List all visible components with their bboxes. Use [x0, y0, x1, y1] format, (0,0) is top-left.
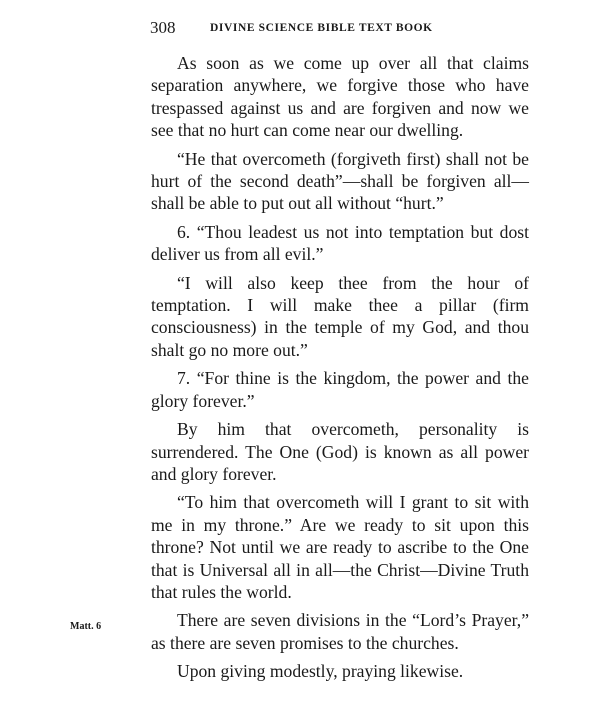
- paragraph-throne: “To him that overcometh will I grant to …: [151, 491, 529, 603]
- margin-note-scripture-reference: Matt. 6: [70, 621, 101, 632]
- paragraph-hour-of-temptation: “I will also keep thee from the hour of …: [151, 272, 529, 362]
- paragraph-personality-surrendered: By him that overcometh, personality is s…: [151, 418, 529, 485]
- paragraph-seven-divisions: There are seven divisions in the “Lord’s…: [151, 609, 529, 654]
- paragraph-overcometh-second-death: “He that overcometh (forgiveth first) sh…: [151, 148, 529, 215]
- paragraph-seventh-division: 7. “For thine is the kingdom, the power …: [151, 367, 529, 412]
- paragraph-giving-modestly: Upon giving modestly, praying likewise.: [151, 660, 529, 682]
- paragraph-forgiveness: As soon as we come up over all that clai…: [151, 52, 529, 142]
- page-header: 308 DIVINE SCIENCE BIBLE TEXT BOOK: [150, 18, 530, 38]
- running-title: DIVINE SCIENCE BIBLE TEXT BOOK: [210, 22, 433, 34]
- paragraph-sixth-division: 6. “Thou leadest us not into temptation …: [151, 221, 529, 266]
- body-text: As soon as we come up over all that clai…: [151, 52, 529, 689]
- page-number: 308: [150, 18, 176, 38]
